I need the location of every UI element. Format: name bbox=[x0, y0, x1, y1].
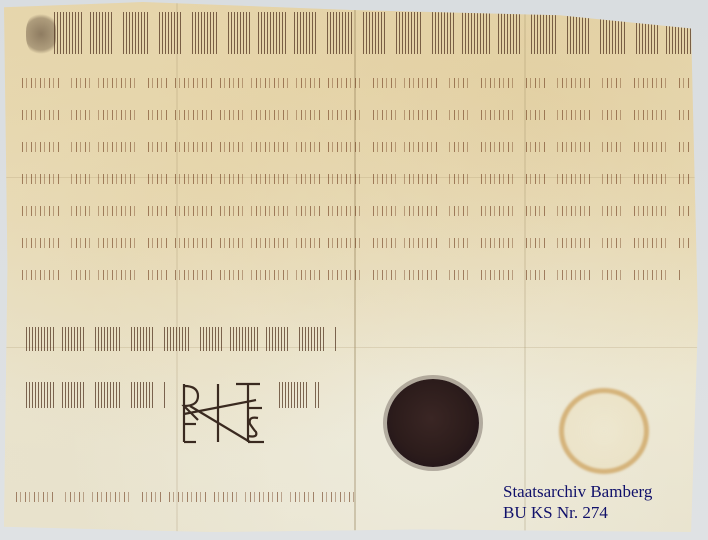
signum-line bbox=[26, 327, 338, 351]
text-line bbox=[22, 174, 692, 184]
text-line bbox=[22, 238, 692, 248]
text-line bbox=[22, 206, 692, 216]
text-line bbox=[22, 78, 692, 88]
text-line bbox=[22, 110, 692, 120]
shelfmark: BU KS Nr. 274 bbox=[503, 502, 652, 523]
lost-seal-stain bbox=[559, 388, 649, 474]
royal-monogram bbox=[176, 380, 276, 446]
charter-parchment bbox=[4, 2, 698, 532]
archive-caption: Staatsarchiv Bamberg BU KS Nr. 274 bbox=[503, 481, 652, 523]
wax-seal bbox=[387, 379, 479, 467]
signum-line-right bbox=[279, 382, 319, 408]
decorated-initial bbox=[26, 12, 56, 56]
archive-name: Staatsarchiv Bamberg bbox=[503, 481, 652, 502]
dating-line bbox=[16, 492, 356, 502]
text-line bbox=[22, 142, 692, 152]
signum-line-left bbox=[26, 382, 166, 408]
elongated-script-first-line bbox=[54, 12, 699, 54]
text-line bbox=[22, 270, 682, 280]
